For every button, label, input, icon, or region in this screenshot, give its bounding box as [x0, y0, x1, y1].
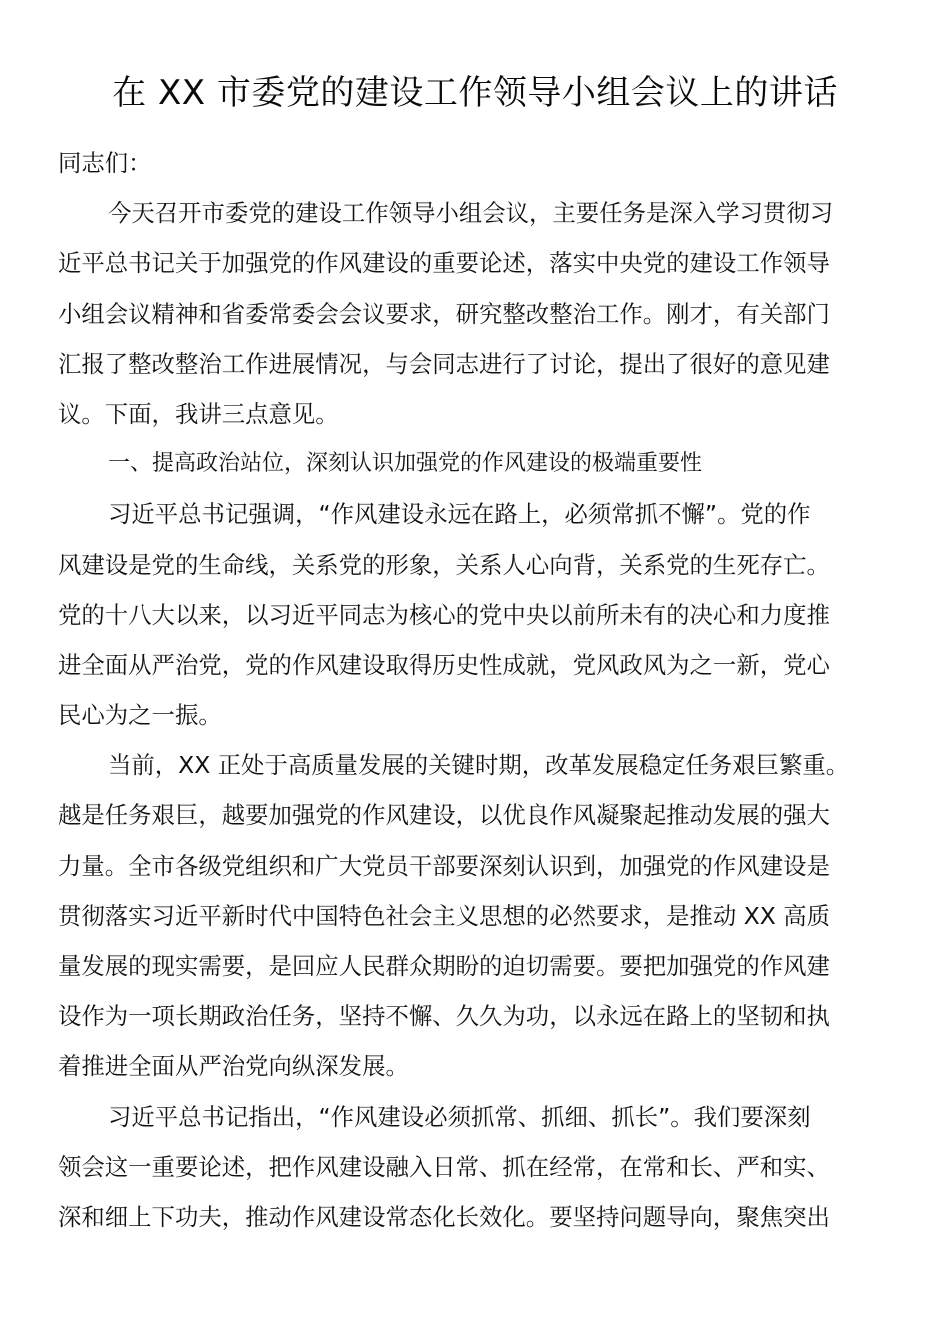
paragraph-line: 领会这一重要论述，把作风建设融入日常、抓在经常，在常和长、严和实、: [58, 1142, 878, 1192]
document-body: 同志们： 今天召开市委党的建设工作领导小组会议，主要任务是深入学习贯彻习 近平总…: [58, 138, 878, 1242]
paragraph-line: 民心为之一振。: [58, 690, 878, 740]
paragraph-line: 风建设是党的生命线，关系党的形象，关系人心向背，关系党的生死存亡。: [58, 540, 878, 590]
paragraph-line: 习近平总书记指出，“作风建设必须抓常、抓细、抓长”。我们要深刻: [58, 1092, 878, 1142]
paragraph-line: 党的十八大以来，以习近平同志为核心的党中央以前所未有的决心和力度推: [58, 590, 878, 640]
paragraph-line: 习近平总书记强调，“作风建设永远在路上，必须常抓不懈”。党的作: [58, 489, 878, 539]
paragraph-line: 着推进全面从严治党向纵深发展。: [58, 1041, 878, 1091]
paragraph-line: 近平总书记关于加强党的作风建设的重要论述，落实中央党的建设工作领导: [58, 238, 878, 288]
paragraph-line: 量发展的现实需要，是回应人民群众期盼的迫切需要。要把加强党的作风建: [58, 941, 878, 991]
paragraph-line: 越是任务艰巨，越要加强党的作风建设，以优良作风凝聚起推动发展的强大: [58, 790, 878, 840]
paragraph-line: 今天召开市委党的建设工作领导小组会议，主要任务是深入学习贯彻习: [58, 188, 878, 238]
section-heading: 一、提高政治站位，深刻认识加强党的作风建设的极端重要性: [58, 439, 878, 489]
document-title: 在 XX 市委党的建设工作领导小组会议上的讲话: [0, 68, 950, 118]
paragraph-line: 当前，XX 正处于高质量发展的关键时期，改革发展稳定任务艰巨繁重。: [58, 740, 878, 790]
paragraph-line: 力量。全市各级党组织和广大党员干部要深刻认识到，加强党的作风建设是: [58, 841, 878, 891]
paragraph-line: 汇报了整改整治工作进展情况，与会同志进行了讨论，提出了很好的意见建: [58, 339, 878, 389]
paragraph-line: 深和细上下功夫，推动作风建设常态化长效化。要坚持问题导向，聚焦突出: [58, 1192, 878, 1242]
paragraph-line: 设作为一项长期政治任务，坚持不懈、久久为功，以永远在路上的坚韧和执: [58, 991, 878, 1041]
paragraph-line: 小组会议精神和省委常委会会议要求，研究整改整治工作。刚才，有关部门: [58, 289, 878, 339]
paragraph-line: 议。下面，我讲三点意见。: [58, 389, 878, 439]
paragraph-line: 进全面从严治党，党的作风建设取得历史性成就，党风政风为之一新，党心: [58, 640, 878, 690]
salutation-line: 同志们：: [58, 138, 878, 188]
paragraph-line: 贯彻落实习近平新时代中国特色社会主义思想的必然要求，是推动 XX 高质: [58, 891, 878, 941]
document-page: 在 XX 市委党的建设工作领导小组会议上的讲话 同志们： 今天召开市委党的建设工…: [0, 0, 950, 1344]
